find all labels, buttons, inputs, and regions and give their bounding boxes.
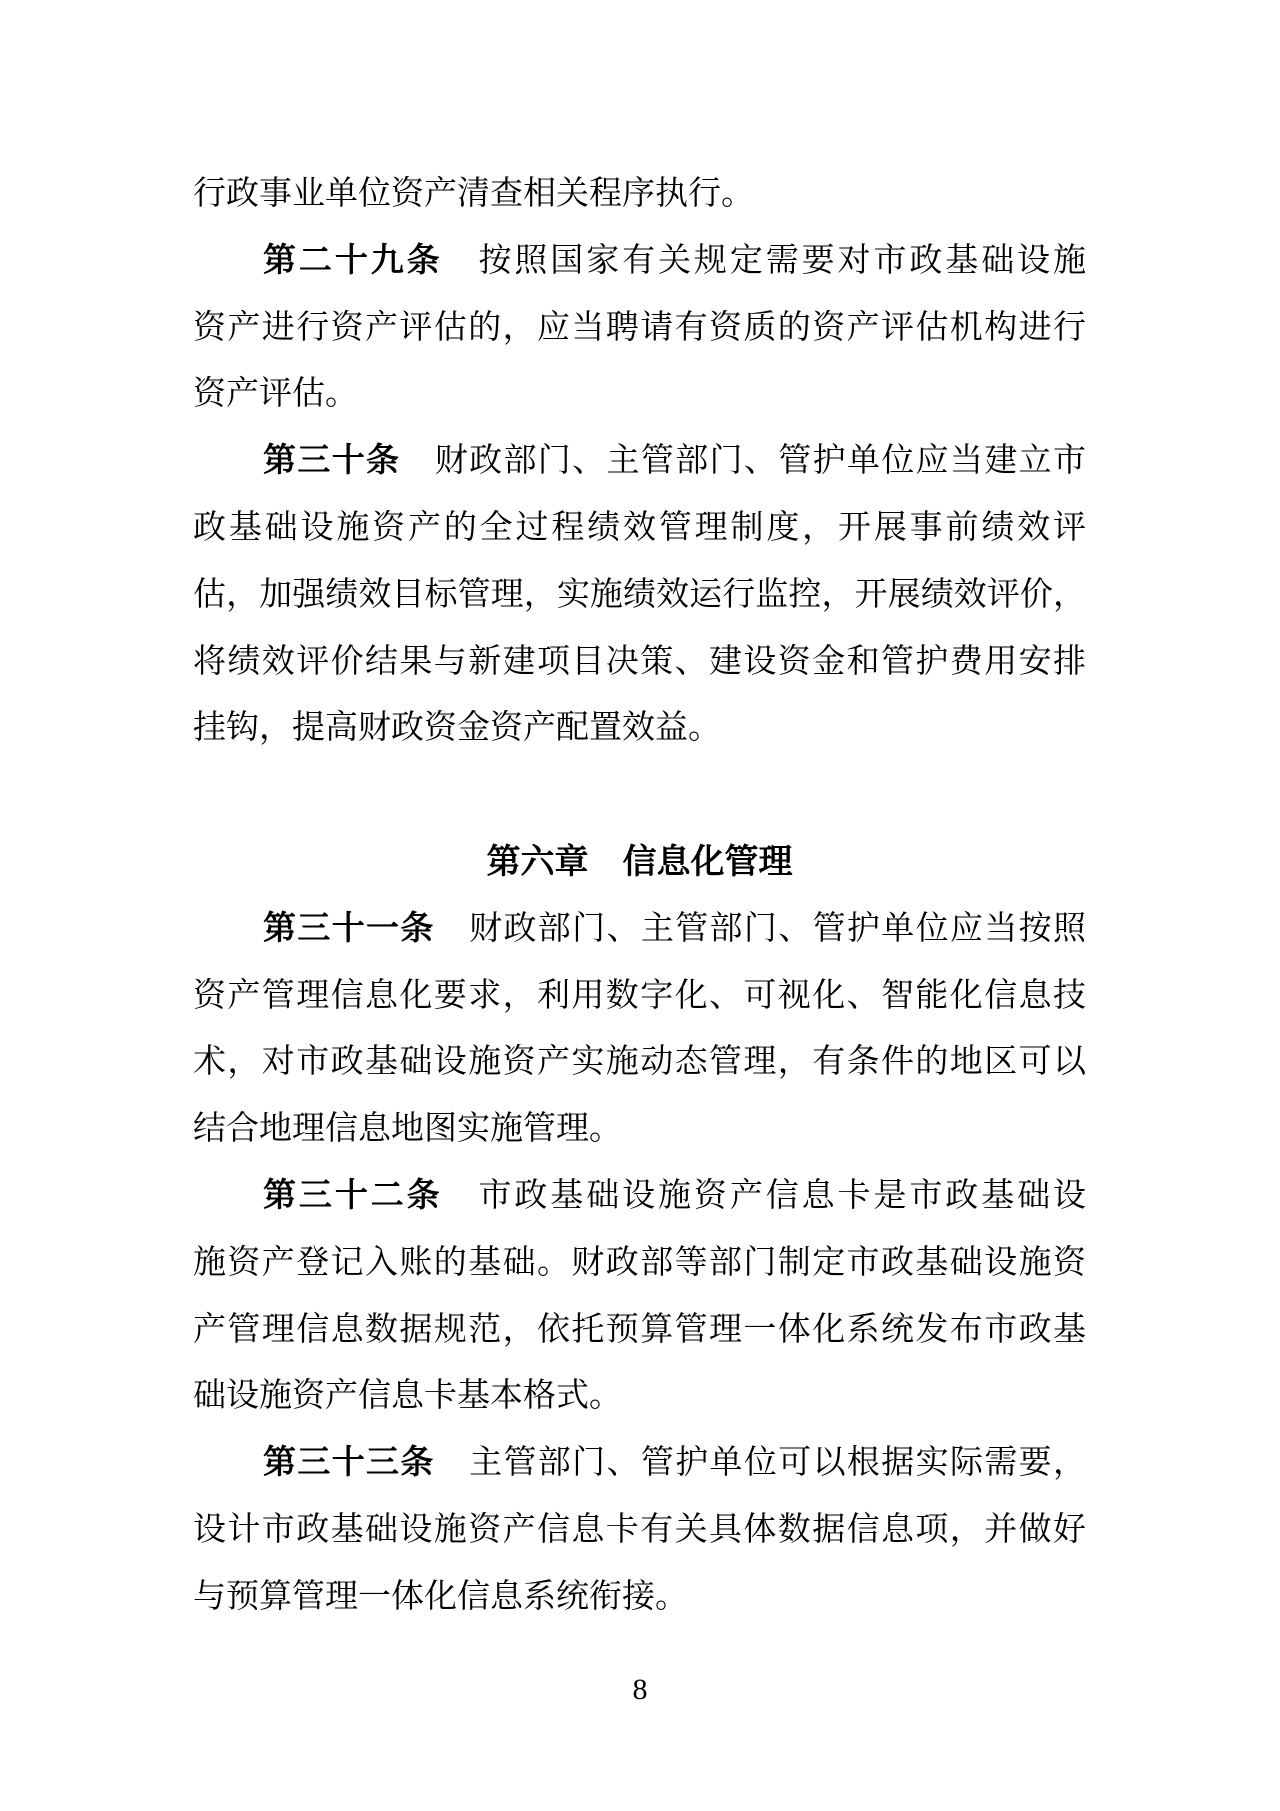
document-line: 行政事业单位资产清查相关程序执行。: [193, 161, 1086, 228]
document-line: 政基础设施资产的全过程绩效管理制度，开展事前绩效评: [193, 495, 1086, 562]
document-line: 术，对市政基础设施资产实施动态管理，有条件的地区可以: [193, 1029, 1086, 1096]
line-text: 按照国家有关规定需要对市政基础设施: [478, 243, 1086, 279]
article-number: 第二十九条: [263, 243, 443, 279]
line-text: 主管部门、管护单位可以根据实际需要，: [469, 1445, 1086, 1481]
page-footer: 8: [0, 1670, 1280, 1710]
document-line: 第二十九条 按照国家有关规定需要对市政基础设施: [193, 228, 1086, 295]
line-text: 市政基础设施资产信息卡是市政基础设: [478, 1178, 1086, 1214]
article-number: 第三十二条: [263, 1178, 443, 1214]
document-line: 产管理信息数据规范，依托预算管理一体化系统发布市政基: [193, 1297, 1086, 1364]
page-number: 8: [633, 1673, 648, 1706]
document-line: 设计市政基础设施资产信息卡有关具体数据信息项，并做好: [193, 1497, 1086, 1564]
document-line: 施资产登记入账的基础。财政部等部门制定市政基础设施资: [193, 1230, 1086, 1297]
document-line: 与预算管理一体化信息系统衔接。: [193, 1564, 1086, 1631]
chapter-heading: 第六章 信息化管理: [193, 829, 1086, 896]
document-line: 挂钩，提高财政资金资产配置效益。: [193, 695, 1086, 762]
document-line: 将绩效评价结果与新建项目决策、建设资金和管护费用安排: [193, 629, 1086, 696]
document-line: 础设施资产信息卡基本格式。: [193, 1363, 1086, 1430]
article-number: 第三十一条: [263, 911, 435, 947]
line-text: 财政部门、主管部门、管护单位应当建立市: [435, 443, 1086, 479]
document-line: 资产评估。: [193, 361, 1086, 428]
document-line: 资产进行资产评估的，应当聘请有资质的资产评估机构进行: [193, 295, 1086, 362]
document-line: 第三十条 财政部门、主管部门、管护单位应当建立市: [193, 428, 1086, 495]
document-line: 资产管理信息化要求，利用数字化、可视化、智能化信息技: [193, 963, 1086, 1030]
document-line: 第三十三条 主管部门、管护单位可以根据实际需要，: [193, 1430, 1086, 1497]
document-body: 行政事业单位资产清查相关程序执行。第二十九条 按照国家有关规定需要对市政基础设施…: [193, 161, 1086, 1631]
document-line: 第三十一条 财政部门、主管部门、管护单位应当按照: [193, 896, 1086, 963]
document-page: 行政事业单位资产清查相关程序执行。第二十九条 按照国家有关规定需要对市政基础设施…: [0, 0, 1280, 1811]
line-text: 财政部门、主管部门、管护单位应当按照: [469, 911, 1086, 947]
article-number: 第三十条: [263, 443, 400, 479]
article-number: 第三十三条: [263, 1445, 435, 1481]
document-line: 第三十二条 市政基础设施资产信息卡是市政基础设: [193, 1163, 1086, 1230]
document-line: 估，加强绩效目标管理，实施绩效运行监控，开展绩效评价，: [193, 562, 1086, 629]
document-line: 结合地理信息地图实施管理。: [193, 1096, 1086, 1163]
